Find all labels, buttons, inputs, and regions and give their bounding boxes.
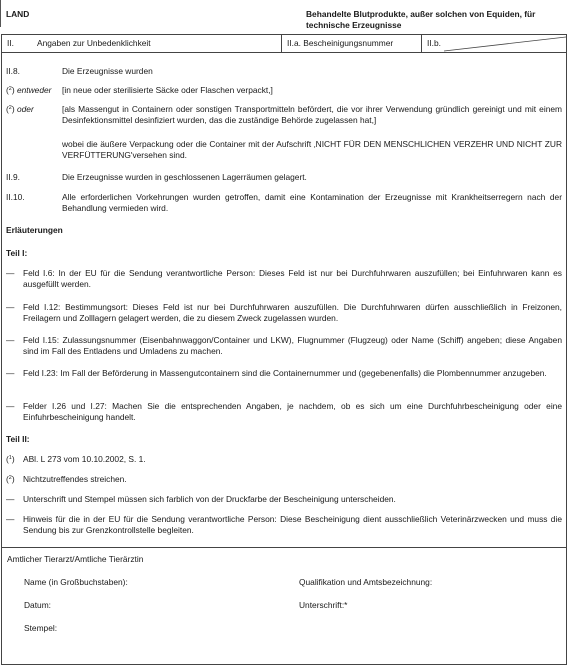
clause-text: [in neue oder sterilisierte Säcke oder F… <box>62 85 562 96</box>
name-field-label[interactable]: Name (in Großbuchstaben): <box>24 577 128 588</box>
footnote-ref: 1 <box>9 455 12 461</box>
dash-bullet: — <box>6 514 14 525</box>
footnote-ref: 2 <box>9 86 12 92</box>
dash-bullet: — <box>6 302 14 313</box>
clause-text: [als Massengut in Containern oder sonsti… <box>62 104 562 126</box>
option-word: entweder <box>17 85 51 95</box>
certificate-title: Behandelte Blutprodukte, außer solchen v… <box>306 9 564 31</box>
footnote-text: ABl. L 273 vom 10.10.2002, S. 1. <box>23 454 562 465</box>
section-number: II. <box>7 38 37 49</box>
footnote-marker: (1) <box>6 454 15 465</box>
certificate-number-label: II.a. Bescheinigungsnummer <box>287 38 393 48</box>
footnote-ref: 2 <box>9 475 12 481</box>
stamp-field-label[interactable]: Stempel: <box>24 623 57 634</box>
note-text: Felder I.26 und I.27: Machen Sie die ent… <box>23 401 562 423</box>
clause-option-label: (2) entweder <box>6 85 51 96</box>
iib-label: II.b. <box>427 38 441 48</box>
iib-field[interactable]: II.b. <box>422 35 566 52</box>
clause-option-label: (2) oder <box>6 104 34 115</box>
clause-label: II.10. <box>6 192 25 203</box>
footnote-text: Nichtzutreffendes streichen. <box>23 474 562 485</box>
clause-text: Alle erforderlichen Vorkehrungen wurden … <box>62 192 562 214</box>
footnote-ref: 2 <box>9 105 12 111</box>
certificate-number-field[interactable]: II.a. Bescheinigungsnummer <box>282 35 422 52</box>
part1-heading: Teil I: <box>6 248 27 259</box>
note-text: Hinweis für die in der EU für die Sendun… <box>23 514 562 536</box>
signature-field-label[interactable]: Unterschrift:* <box>299 600 347 611</box>
dash-bullet: — <box>6 368 14 379</box>
footnote-marker: (2) <box>6 474 15 485</box>
signature-box-title: Amtlicher Tierarzt/Amtliche Tierärztin <box>7 554 143 565</box>
diagonal-strike-line <box>422 35 566 52</box>
section-title: Angaben zur Unbedenklichkeit <box>37 38 151 48</box>
option-word: oder <box>17 104 34 114</box>
dash-bullet: — <box>6 401 14 412</box>
part2-heading: Teil II: <box>6 434 30 445</box>
official-veterinarian-box: Amtlicher Tierarzt/Amtliche Tierärztin N… <box>1 547 567 665</box>
clause-text: wobei die äußere Verpackung oder die Con… <box>62 139 562 161</box>
clause-text: Die Erzeugnisse wurden <box>62 66 562 77</box>
country-label: LAND <box>6 9 29 20</box>
clause-label: II.8. <box>6 66 20 77</box>
dash-bullet: — <box>6 268 14 279</box>
section-header-row: II.Angaben zur Unbedenklichkeit II.a. Be… <box>1 34 567 53</box>
note-text: Feld I.15: Zulassungsnummer (Eisenbahnwa… <box>23 335 562 357</box>
note-text: Feld I.23: Im Fall der Beförderung in Ma… <box>23 368 562 379</box>
note-text: Feld I.12: Bestimmungsort: Dieses Feld i… <box>23 302 562 324</box>
page-left-rule <box>0 0 1 27</box>
qualification-field-label[interactable]: Qualifikation und Amtsbezeichnung: <box>299 577 432 588</box>
clause-label: II.9. <box>6 172 20 183</box>
note-text: Unterschrift und Stempel müssen sich far… <box>23 494 562 505</box>
notes-heading: Erläuterungen <box>6 225 63 236</box>
section-title-cell: II.Angaben zur Unbedenklichkeit <box>2 35 282 52</box>
dash-bullet: — <box>6 494 14 505</box>
clause-text: Die Erzeugnisse wurden in geschlossenen … <box>62 172 562 183</box>
date-field-label[interactable]: Datum: <box>24 600 51 611</box>
note-text: Feld I.6: In der EU für die Sendung vera… <box>23 268 562 290</box>
dash-bullet: — <box>6 335 14 346</box>
